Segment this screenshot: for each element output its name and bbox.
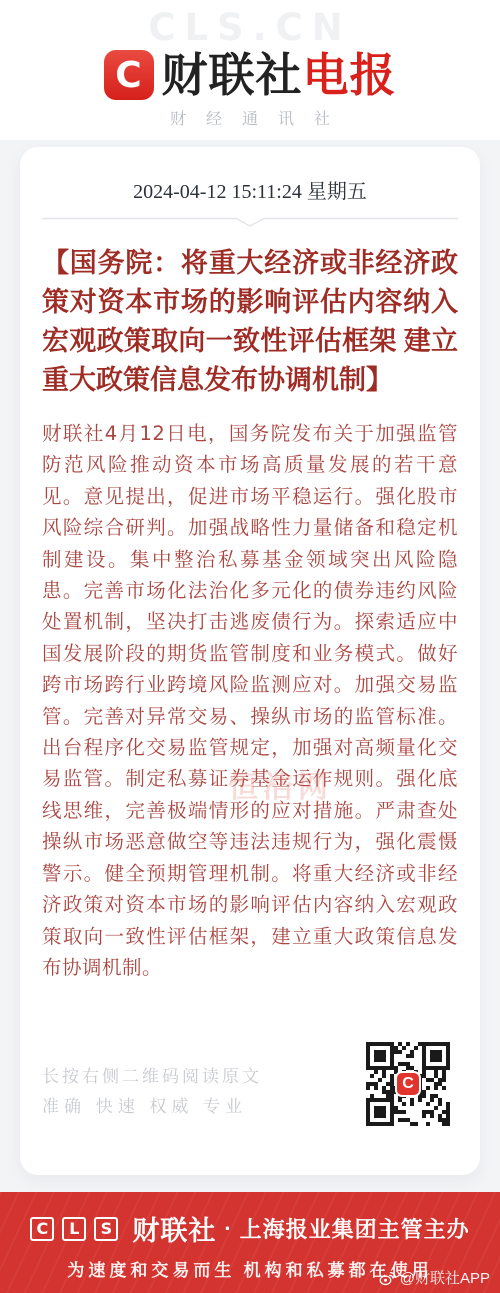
weibo-icon [378,1269,396,1287]
cls-cn-watermark: CLS.CN [0,6,500,49]
cls-letter-box-l: L [62,1217,86,1241]
brand-suffix: 电报 [303,49,397,101]
cls-c-logo-icon: C [104,50,154,100]
footer-organizer: 上海报业集团主管主办 [240,1213,470,1244]
news-datetime: 2024-04-12 15:11:24 星期五 [20,175,480,204]
news-card: 2024-04-12 15:11:24 星期五 【国务院：将重大经济或非经济政策… [20,147,480,1175]
app-header: CLS.CN C 财联社电报 财经通讯社 [0,0,500,147]
qr-center-c-icon: C [395,1071,421,1097]
footer-separator: · [224,1216,231,1242]
weibo-credit: @财联社APP [378,1267,490,1288]
cls-letter-box-c: C [30,1217,54,1241]
date-divider [20,214,480,228]
cls-letter-box-s: S [94,1217,118,1241]
footer-brand-row: C L S 财联社 · 上海报业集团主管主办 [0,1209,500,1248]
brand-logo-text: 财联社电报 [162,52,397,98]
footer-brand-name: 财联社 [132,1209,216,1248]
brand-name: 财联社 [162,49,303,101]
brand-logo: C 财联社电报 [0,50,500,100]
weibo-handle: @财联社APP [400,1267,490,1288]
brand-subtitle: 财经通讯社 [0,106,500,129]
news-headline: 【国务院：将重大经济或非经济政策对资本市场的影响评估内容纳入宏观政策取向一致性评… [42,244,458,400]
qr-hint-line2: 准确 快速 权威 专业 [42,1092,247,1117]
brand-footer: C L S 财联社 · 上海报业集团主管主办 为速度和交易而生 机构和私募都在使… [0,1192,500,1293]
news-body: 财联社4月12日电，国务院发布关于加强监管防范风险推动资本市场高质量发展的若干意… [42,418,458,983]
qr-hint-line1: 长按右侧二维码阅读原文 [42,1062,262,1087]
